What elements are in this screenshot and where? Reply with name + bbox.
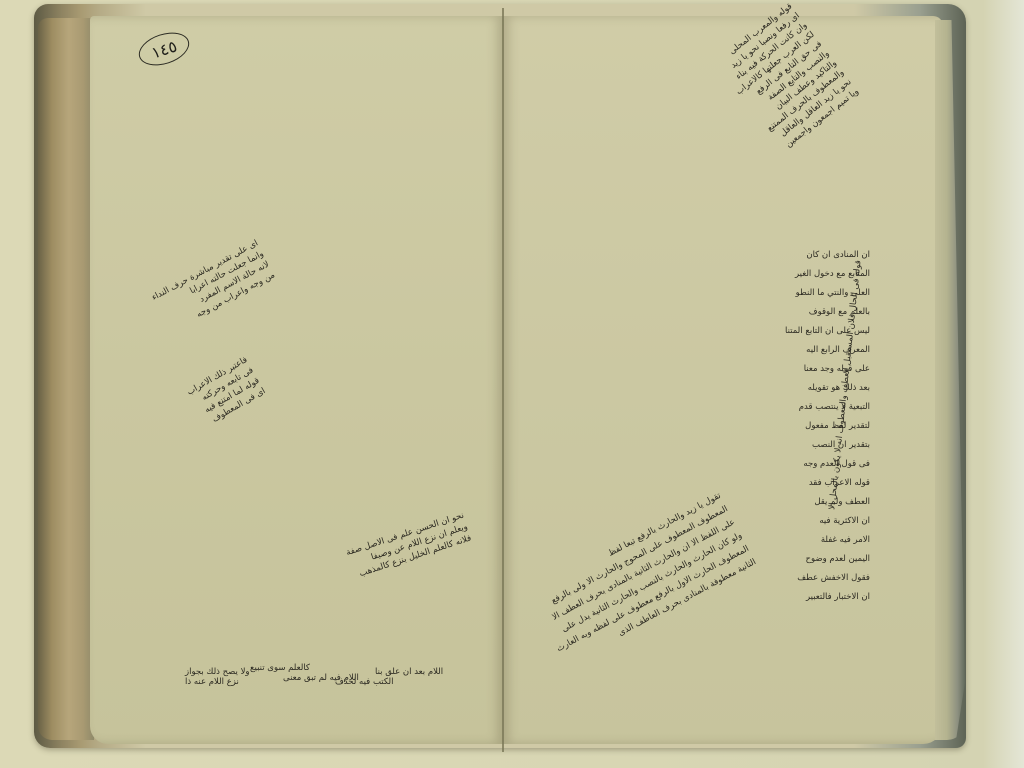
note-line: كالعلم سوى تنبيع xyxy=(250,663,310,673)
note-line: اللام بعد ان علق بنا xyxy=(375,667,443,677)
gloss-line: المعرف الرابع اليه xyxy=(806,345,870,355)
worn-binding-edge xyxy=(38,18,94,740)
gloss-line: العطف ولم يقل xyxy=(814,497,870,507)
gloss-line: ان الاختبار فالتعبير xyxy=(806,592,870,602)
gloss-line: على قوله وجد معنا xyxy=(804,364,870,374)
note-line: نزع اللام عنه ذا xyxy=(185,677,239,687)
gloss-line: ان الاكثرية فيه xyxy=(819,516,870,526)
gloss-line: ليس على ان التابع المتنا xyxy=(785,326,870,336)
gloss-line: بالعلم مع الوقوف xyxy=(809,307,870,317)
note-line: ولا يصح ذلك بجواز xyxy=(185,667,250,677)
note-line: الكتب فيه لحذف xyxy=(335,677,394,687)
gloss-line: التبعية لا ينتصب قدم xyxy=(799,402,870,412)
gloss-line: الامر فيه غفلة xyxy=(821,535,870,545)
gloss-line: اليمين لعدم وضوح xyxy=(806,554,871,564)
gloss-line: ان المنادى ان كان xyxy=(806,250,870,260)
left-bottom-notes: ولا يصح ذلك بجواز نزع اللام عنه ذا كالعل… xyxy=(185,655,445,695)
gloss-line: فقول الاخفش عطف xyxy=(797,573,870,583)
